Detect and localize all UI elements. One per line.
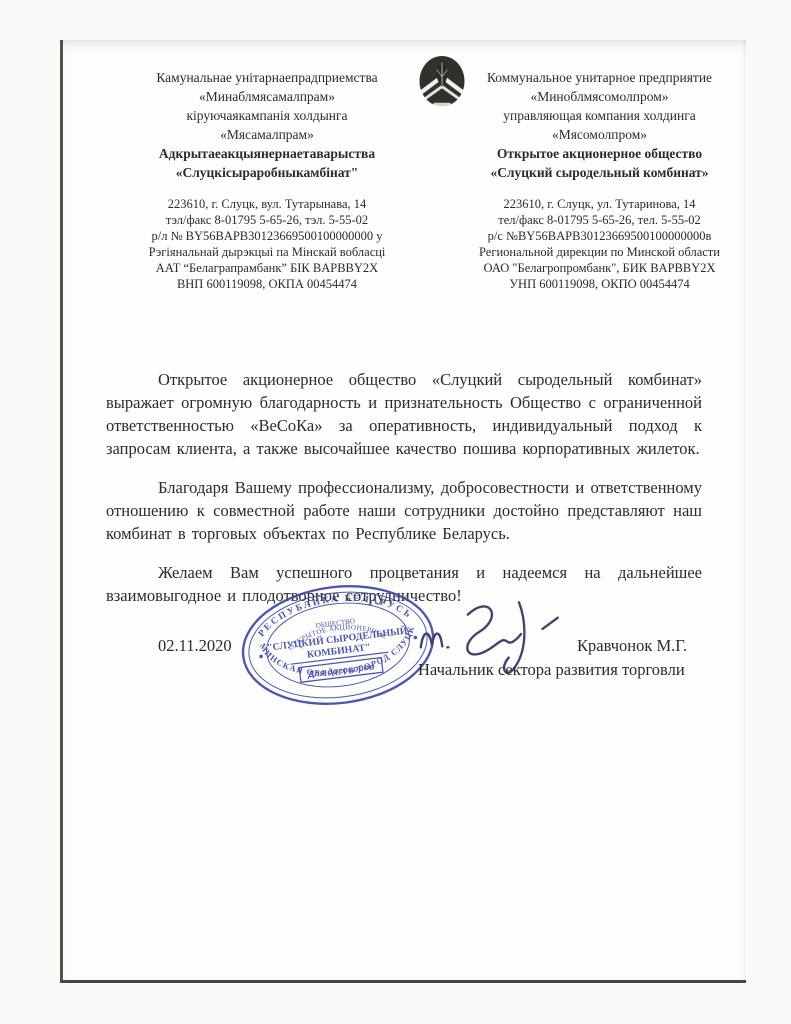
address-line: р/л № BY56BAPB30123669500100000000 у <box>121 228 413 244</box>
org-name-bold: «Слуцкісыраробныкамбінат" <box>121 163 413 182</box>
address-line: тэл/факс 8-01795 5-65-26, тэл. 5-55-02 <box>121 212 413 228</box>
letterhead-russian-column: Коммунальное унитарное предприятие «Мино… <box>471 52 746 292</box>
address-line: ВНП 600119098, ОКПА 00454474 <box>121 276 413 292</box>
signer-name: Кравчонок М.Г. <box>577 636 687 656</box>
address-line: ОАО "Белагропромбанк", БИК BAPBBY2X <box>471 260 728 276</box>
org-name-bold: Открытое акционерное общество <box>471 144 728 163</box>
org-line: Камунальнае унітарнаепрадприемства <box>121 68 413 87</box>
signer-title: Начальник сектора развития торговли <box>418 660 685 680</box>
signature-block: 02.11.2020 РЕСПУБЛИКА БЕЛАРУСЬ МИНСКАЯ <box>63 588 746 758</box>
org-line: управляющая компания холдинга <box>471 106 728 125</box>
address-line: 223610, г. Слуцк, вул. Тутарынава, 14 <box>121 196 413 212</box>
org-line: «Мясамалпрам» <box>121 125 413 144</box>
org-line: «Миноблмясомолпром» <box>471 87 728 106</box>
address-line: 223610, г. Слуцк, ул. Тутаринова, 14 <box>471 196 728 212</box>
address-line: ААТ “Белаграпрамбанк” БІК BAPBBY2X <box>121 260 413 276</box>
address-block: 223610, г. Слуцк, ул. Тутаринова, 14 тел… <box>471 196 728 292</box>
org-line: кіруючаякампанія холдынга <box>121 106 413 125</box>
address-line: Региональной дирекции по Минской области <box>471 244 728 260</box>
address-line: УНП 600119098, ОКПО 00454474 <box>471 276 728 292</box>
letterhead-belarusian-column: Камунальнае унітарнаепрадприемства «Мина… <box>63 52 413 292</box>
org-name-bold: Адкрытаеакцыянернаетаварыства <box>121 144 413 163</box>
org-line: «Минаблмясамалпрам» <box>121 87 413 106</box>
date-text: 02.11.2020 <box>158 636 232 656</box>
org-name-bold: «Слуцкий сыродельный комбинат» <box>471 163 728 182</box>
scanned-letter-page: Камунальнае унітарнаепрадприемства «Мина… <box>60 40 746 983</box>
address-block: 223610, г. Слуцк, вул. Тутарынава, 14 тэ… <box>121 196 413 292</box>
org-line: Коммунальное унитарное предприятие <box>471 68 728 87</box>
body-paragraph: Открытое акционерное общество «Слуцкий с… <box>106 368 702 460</box>
address-line: р/с №BY56BAPB30123669500100000000в <box>471 228 728 244</box>
address-line: Рэгіянальнай дырэкцыі па Мінскай вобласц… <box>121 244 413 260</box>
address-line: тел/факс 8-01795 5-65-26, тел. 5-55-02 <box>471 212 728 228</box>
org-line: «Мясомолпром» <box>471 125 728 144</box>
company-emblem-icon <box>415 52 469 114</box>
body-paragraph: Благодаря Вашему профессионализму, добро… <box>106 476 702 545</box>
letterhead-emblem-area <box>413 52 471 292</box>
letterhead: Камунальнае унітарнаепрадприемства «Мина… <box>63 40 746 292</box>
